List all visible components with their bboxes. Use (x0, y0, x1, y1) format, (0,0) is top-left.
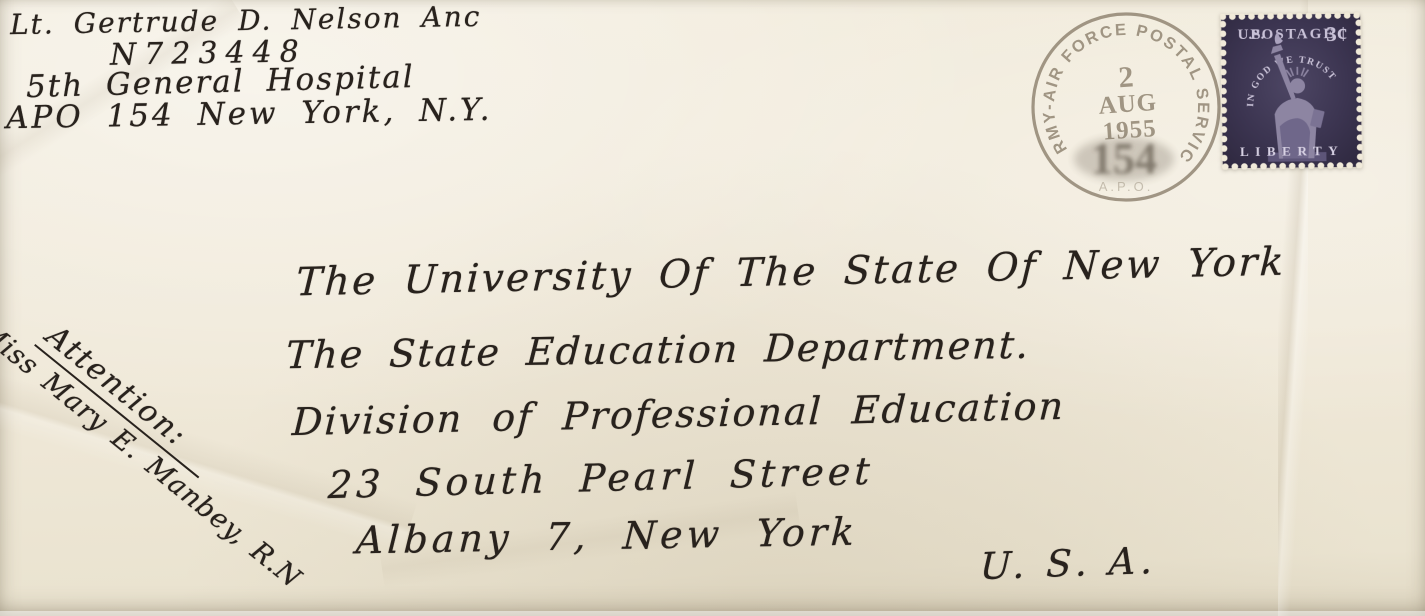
return-address-line: APO 154 New York, N.Y. (6, 92, 493, 136)
postage-stamp-icon: U.S. POSTAGE 3¢ IN GOD WE TRUST LIBERTY (1220, 12, 1363, 169)
postmark-apo-number: 154 (1091, 134, 1157, 183)
recipient-address-line: Division of Professional Education (291, 384, 1066, 444)
postmark-icon: ARMY-AIR FORCE POSTAL SERVICE 2 AUG 1955… (1026, 6, 1226, 208)
recipient-address-line: 23 South Pearl Street (327, 449, 875, 507)
stamp-denomination: 3¢ (1326, 22, 1347, 46)
recipient-address-line: The University Of The State Of New York (295, 240, 1287, 306)
attention-name: Miss Mary E. Manbey, R.N (0, 315, 307, 594)
postmark-day: 2 (1117, 60, 1134, 94)
recipient-address-line: The State Education Department. (285, 323, 1032, 377)
recipient-address-line: U. S. A. (979, 539, 1158, 588)
recipient-address-line: Albany 7, New York (355, 510, 859, 563)
envelope-front: Lt. Gertrude D. Nelson Anc N723448 5th G… (0, 0, 1425, 616)
stamp-title: LIBERTY (1240, 143, 1344, 159)
scan-edge (0, 611, 1425, 616)
stamp-postage-label: POSTAGE (1250, 26, 1335, 43)
postmark-bottom-text: A.P.O. (1099, 179, 1154, 194)
